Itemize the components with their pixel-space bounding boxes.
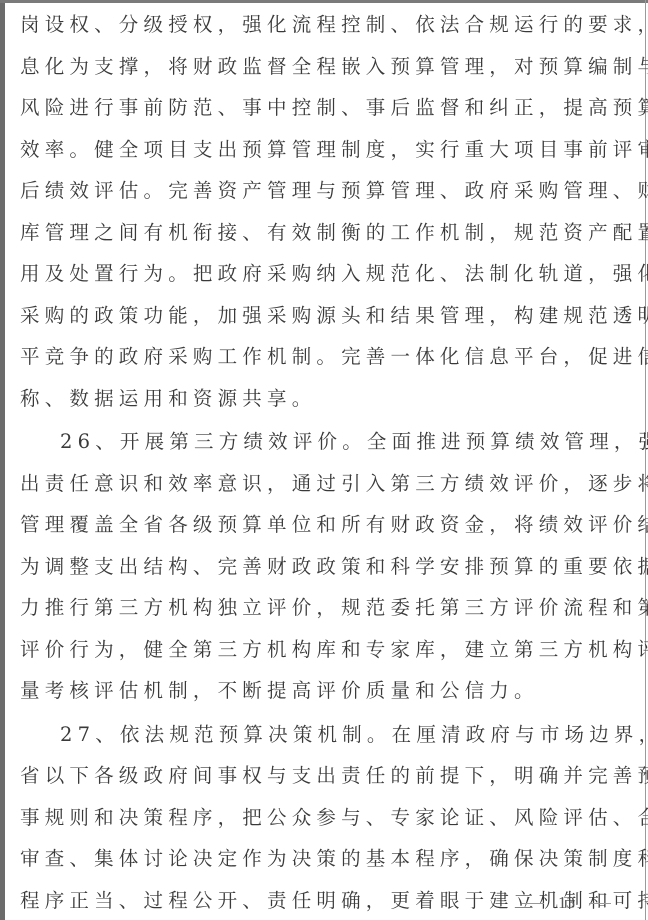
text-line: 息化为支撑，将财政监督全程嵌入预算管理，对预算编制与执行	[20, 46, 624, 88]
text-line: 为调整支出结构、完善财政政策和科学安排预算的重要依据。大	[20, 546, 624, 588]
text-line: 省以下各级政府间事权与支出责任的前提下，明确并完善预算议	[20, 755, 624, 797]
text-line: 出责任意识和效率意识，通过引入第三方绩效评价，逐步将绩效	[20, 463, 624, 505]
text-line: 力推行第三方机构独立评价，规范委托第三方评价流程和第三方	[20, 587, 624, 629]
text-line: 风险进行事前防范、事中控制、事后监督和纠正，提高预算管理	[20, 87, 624, 129]
text-line: 事规则和决策程序，把公众参与、专家论证、风险评估、合法性	[20, 797, 624, 839]
text-line: 管理覆盖全省各级预算单位和所有财政资金，将绩效评价结果作	[20, 504, 624, 546]
text-line: 27、依法规范预算决策机制。在厘清政府与市场边界，区分	[20, 714, 624, 756]
paragraph-27: 27、依法规范预算决策机制。在厘清政府与市场边界，区分 省以下各级政府间事权与支…	[20, 714, 624, 920]
paragraph-continued: 岗设权、分级授权，强化流程控制、依法合规运行的要求，以信 息化为支撑，将财政监督…	[20, 4, 624, 419]
paragraph-26: 26、开展第三方绩效评价。全面推进预算绩效管理，强化支 出责任意识和效率意识，通…	[20, 421, 624, 712]
page-frame-top	[0, 0, 648, 3]
text-line: 岗设权、分级授权，强化流程控制、依法合规运行的要求，以信	[20, 4, 624, 46]
text-line: 用及处置行为。把政府采购纳入规范化、法制化轨道，强化政府	[20, 253, 624, 295]
text-line: 库管理之间有机衔接、有效制衡的工作机制，规范资产配置、使	[20, 212, 624, 254]
text-line: 审查、集体讨论决定作为决策的基本程序，确保决策制度科学、	[20, 838, 624, 880]
document-page: 岗设权、分级授权，强化流程控制、依法合规运行的要求，以信 息化为支撑，将财政监督…	[20, 4, 624, 920]
dash-left	[522, 903, 544, 904]
dash-right	[589, 903, 611, 904]
text-line: 效率。健全项目支出预算管理制度，实行重大项目事前评审和事	[20, 129, 624, 171]
text-line: 量考核评估机制，不断提高评价质量和公信力。	[20, 670, 624, 712]
text-line: 评价行为，健全第三方机构库和专家库，建立第三方机构评价质	[20, 629, 624, 671]
page-number: 13	[558, 893, 575, 913]
text-line: 采购的政策功能，加强采购源头和结果管理，构建规范透明、公	[20, 295, 624, 337]
page-frame-left	[0, 0, 5, 920]
text-line: 26、开展第三方绩效评价。全面推进预算绩效管理，强化支	[20, 421, 624, 463]
text-line: 后绩效评估。完善资产管理与预算管理、政府采购管理、财政国	[20, 170, 624, 212]
text-line: 平竞争的政府采购工作机制。完善一体化信息平台，促进信息对	[20, 336, 624, 378]
text-line: 称、数据运用和资源共享。	[20, 378, 624, 420]
page-footer: 13	[522, 893, 611, 913]
